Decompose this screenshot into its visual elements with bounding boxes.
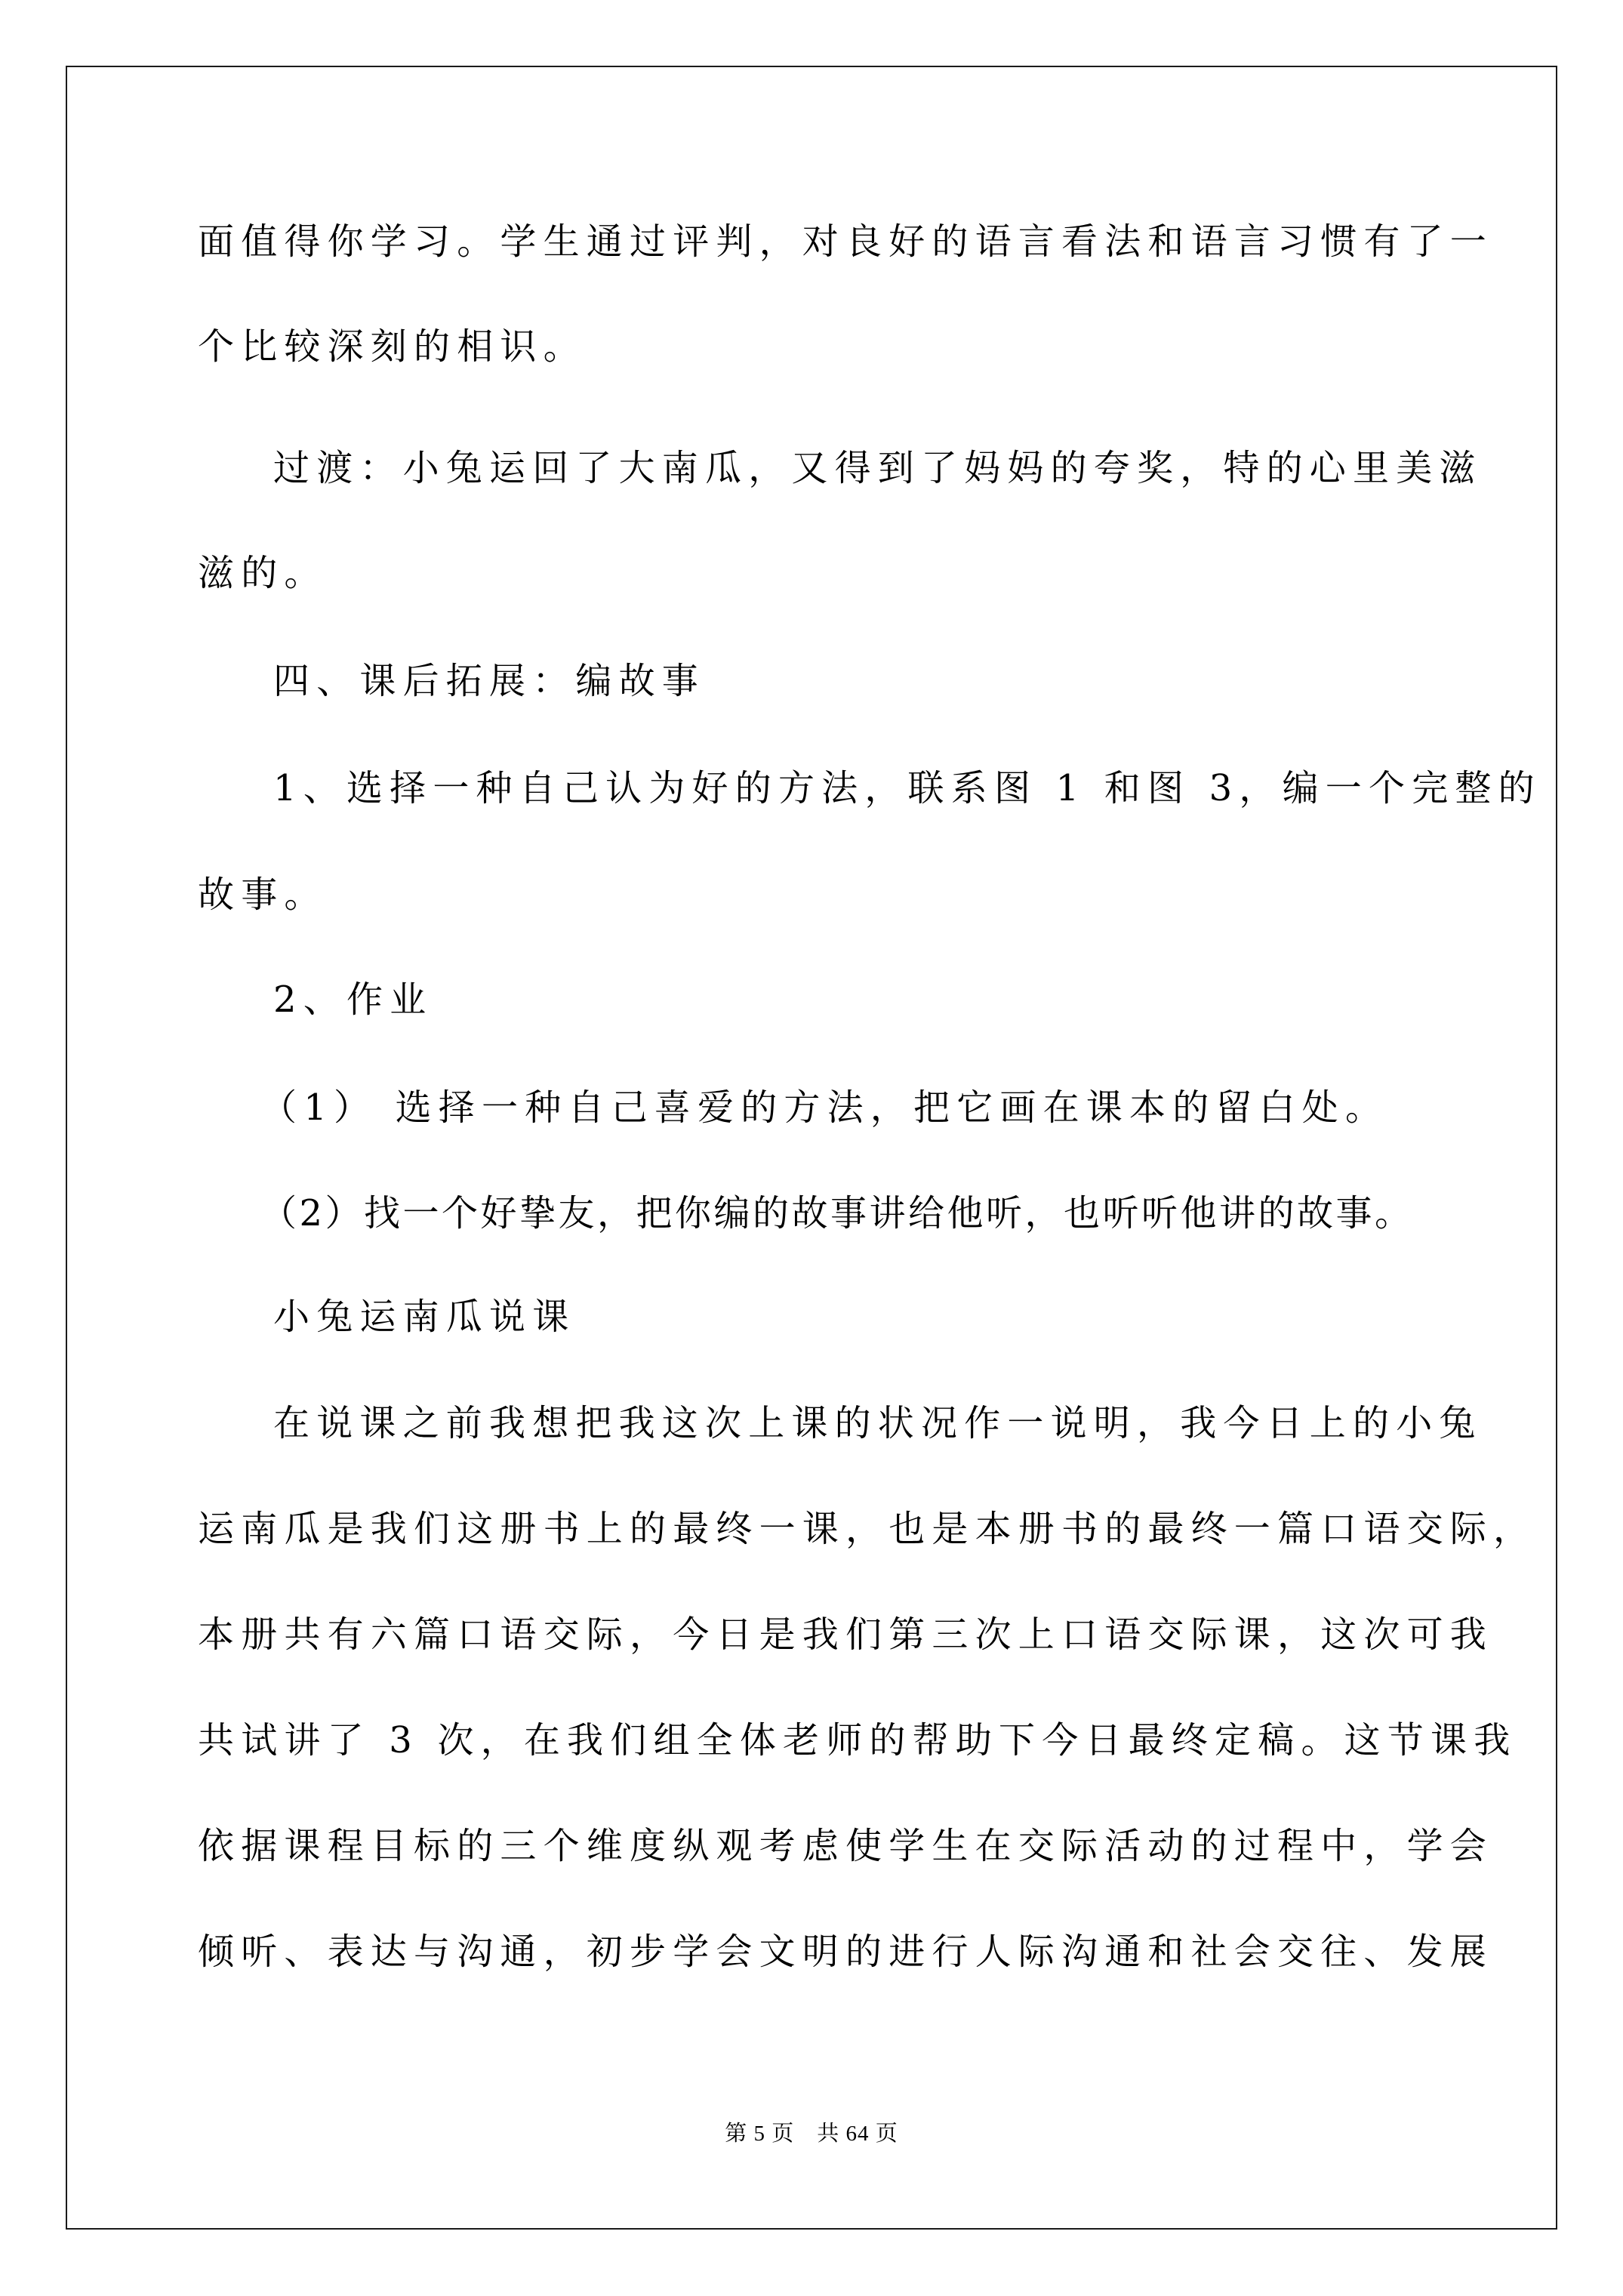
paragraph-line: 运南瓜是我们这册书上的最终一课，也是本册书的最终一篇口语交际，: [198, 1506, 1536, 1552]
paragraph-line: 故事。: [198, 872, 328, 917]
section-heading: 四、课后拓展：编故事: [273, 658, 705, 704]
page-footer: 第 5 页共 64 页: [0, 2120, 1623, 2147]
paragraph-line: 个比较深刻的相识。: [198, 324, 587, 369]
paragraph-line: 过渡：小兔运回了大南瓜，又得到了妈妈的夸奖，特的心里美滋: [273, 445, 1483, 491]
paragraph-line: 倾听、表达与沟通，初步学会文明的进行人际沟通和社会交往、发展: [198, 1929, 1493, 1974]
list-item: 1、选择一种自己认为好的方法，联系图 1 和图 3，编一个完整的: [273, 766, 1541, 811]
page-total: 共 64 页: [817, 2120, 898, 2147]
paragraph-line: 在说课之前我想把我这次上课的状况作一说明，我今日上的小兔: [273, 1401, 1483, 1446]
page-number: 第 5 页: [725, 2120, 794, 2147]
page-border: [66, 66, 1557, 2230]
paragraph-line: 滋的。: [198, 550, 328, 596]
paragraph-line: 面值得你学习。学生通过评判，对良好的语言看法和语言习惯有了一: [198, 219, 1493, 264]
list-item: （2）找一个好挚友，把你编的故事讲给他听，也听听他讲的故事。: [260, 1191, 1414, 1236]
list-item: 2、作业: [273, 977, 433, 1022]
paragraph-line: 依据课程目标的三个维度纵观考虑使学生在交际活动的过程中，学会: [198, 1823, 1493, 1869]
paragraph-line: 本册共有六篇口语交际，今日是我们第三次上口语交际课，这次可我: [198, 1612, 1493, 1657]
list-item: （1） 选择一种自己喜爱的方法，把它画在课本的留白处。: [260, 1085, 1388, 1130]
paragraph-line: 共试讲了 3 次，在我们组全体老师的帮助下今日最终定稿。这节课我: [198, 1718, 1517, 1763]
section-title: 小兔运南瓜说课: [273, 1294, 575, 1339]
